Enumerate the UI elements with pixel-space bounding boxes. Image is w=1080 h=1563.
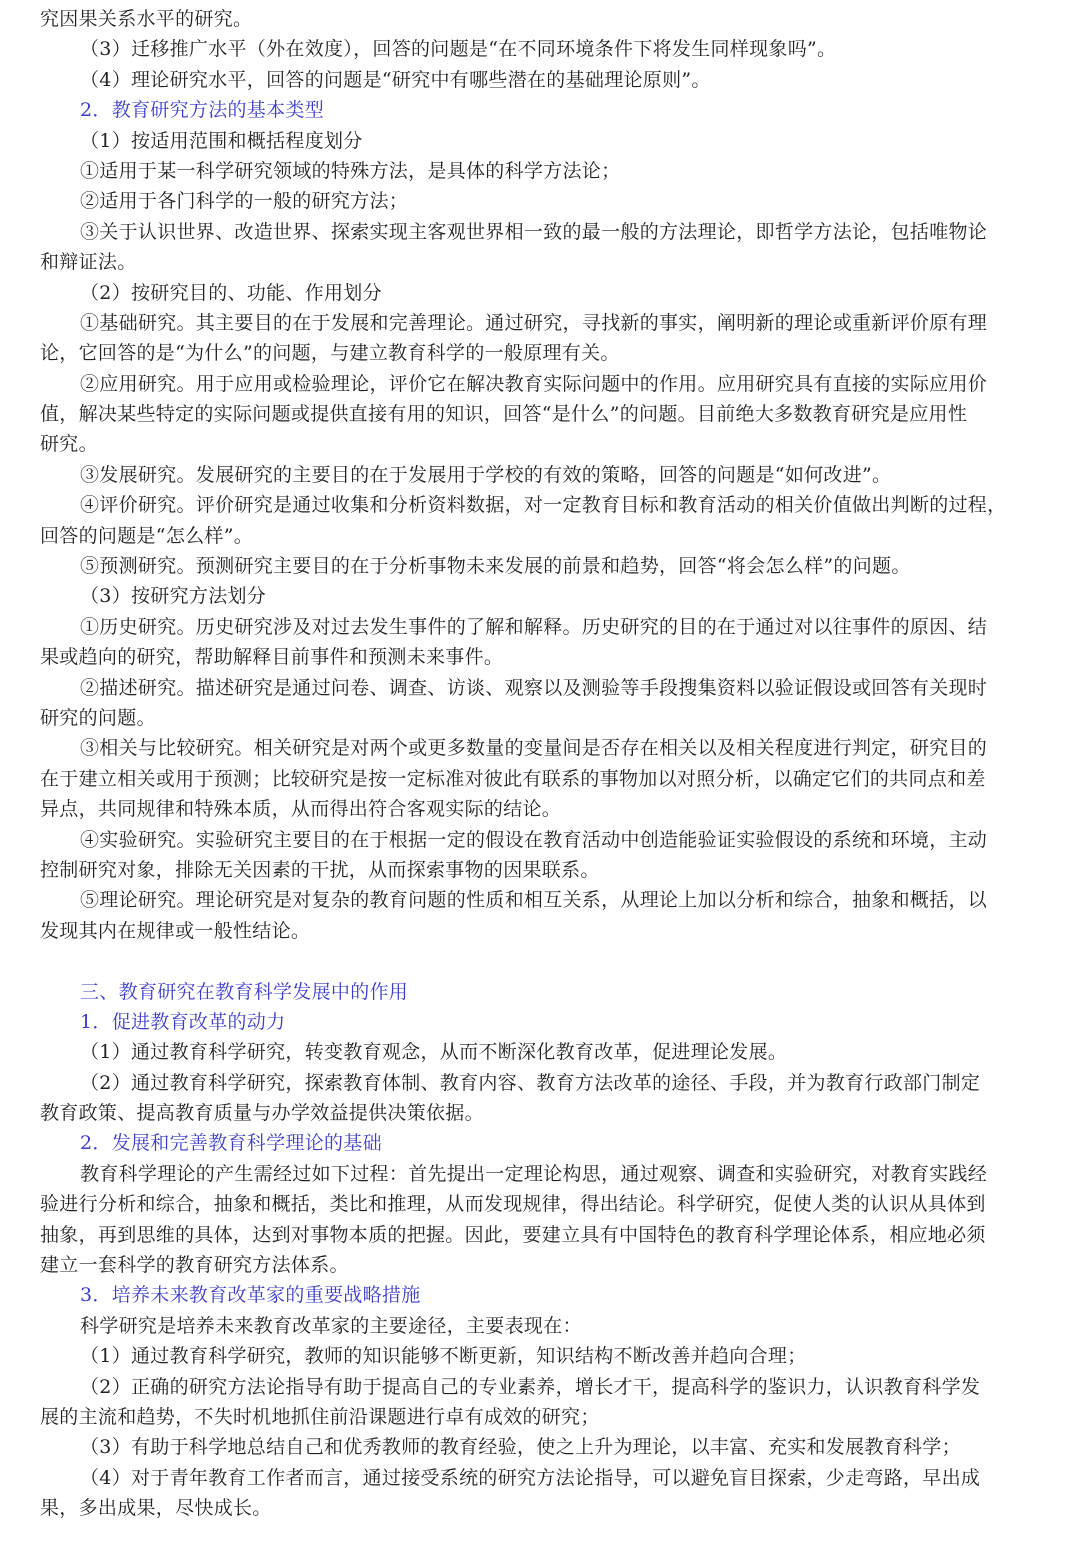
text-line: 在于建立相关或用于预测；比较研究是按一定标准对彼此有联系的事物加以对照分析，以确… [40,764,1032,794]
text-line: （3）迁移推广水平（外在效度），回答的问题是“在不同环境条件下将发生同样现象吗”… [40,34,1032,64]
section-heading: 三、教育研究在教育科学发展中的作用 [40,977,1032,1007]
text-line: 异点，共同规律和特殊本质，从而得出符合客观实际的结论。 [40,794,1032,824]
text-line: （2）按研究目的、功能、作用划分 [40,278,1032,308]
text-line: ②适用于各门科学的一般的研究方法； [40,186,1032,216]
text-line: ④实验研究。实验研究主要目的在于根据一定的假设在教育活动中创造能验证实验假设的系… [40,825,1032,855]
text-line: 抽象，再到思维的具体，达到对事物本质的把握。因此，要建立具有中国特色的教育科学理… [40,1220,1032,1250]
section-heading: 1．促进教育改革的动力 [40,1007,1032,1037]
text-line: 建立一套科学的教育研究方法体系。 [40,1250,1032,1280]
text-line: ②应用研究。用于应用或检验理论，评价它在解决教育实际问题中的作用。应用研究具有直… [40,369,1032,399]
text-line: 论，它回答的是“为什么”的问题，与建立教育科学的一般原理有关。 [40,338,1032,368]
text-line: 科学研究是培养未来教育改革家的主要途径，主要表现在： [40,1311,1032,1341]
document-page: 究因果关系水平的研究。（3）迁移推广水平（外在效度），回答的问题是“在不同环境条… [0,0,1080,1524]
text-line: 发现其内在规律或一般性结论。 [40,916,1032,946]
text-line: （1）通过教育科学研究，教师的知识能够不断更新，知识结构不断改善并趋向合理； [40,1341,1032,1371]
text-line: 值，解决某些特定的实际问题或提供直接有用的知识，回答“是什么”的问题。目前绝大多… [40,399,1032,429]
text-line: （3）按研究方法划分 [40,581,1032,611]
text-line: （2）正确的研究方法论指导有助于提高自己的专业素养，增长才干，提高科学的鉴识力，… [40,1372,1032,1402]
text-line: 验进行分析和综合，抽象和概括，类比和推理，从而发现规律，得出结论。科学研究，促使… [40,1189,1032,1219]
text-line: 研究。 [40,429,1032,459]
text-line: ③相关与比较研究。相关研究是对两个或更多数量的变量间是否存在相关以及相关程度进行… [40,733,1032,763]
text-line: ①基础研究。其主要目的在于发展和完善理论。通过研究，寻找新的事实，阐明新的理论或… [40,308,1032,338]
text-line: ⑤预测研究。预测研究主要目的在于分析事物未来发展的前景和趋势，回答“将会怎么样”… [40,551,1032,581]
text-line: （4）对于青年教育工作者而言，通过接受系统的研究方法论指导，可以避免盲目探索，少… [40,1463,1032,1493]
text-line: 果，多出成果，尽快成长。 [40,1493,1032,1523]
text-line: ④评价研究。评价研究是通过收集和分析资料数据，对一定教育目标和教育活动的相关价值… [40,490,1032,520]
text-line: 回答的问题是“怎么样”。 [40,521,1032,551]
text-line: （1）通过教育科学研究，转变教育观念，从而不断深化教育改革，促进理论发展。 [40,1037,1032,1067]
text-line: 教育科学理论的产生需经过如下过程：首先提出一定理论构思，通过观察、调查和实验研究… [40,1159,1032,1189]
text-line: （2）通过教育科学研究，探索教育体制、教育内容、教育方法改革的途径、手段，并为教… [40,1068,1032,1098]
text-line: ①历史研究。历史研究涉及对过去发生事件的了解和解释。历史研究的目的在于通过对以往… [40,612,1032,642]
section-heading: 3．培养未来教育改革家的重要战略措施 [40,1280,1032,1310]
text-line: 展的主流和趋势，不失时机地抓住前沿课题进行卓有成效的研究； [40,1402,1032,1432]
section-heading: 2．发展和完善教育科学理论的基础 [40,1128,1032,1158]
text-line: 教育政策、提高教育质量与办学效益提供决策依据。 [40,1098,1032,1128]
text-line: （1）按适用范围和概括程度划分 [40,126,1032,156]
text-line: ③关于认识世界、改造世界、探索实现主客观世界相一致的最一般的方法理论，即哲学方法… [40,217,1032,247]
text-line: （3）有助于科学地总结自己和优秀教师的教育经验，使之上升为理论，以丰富、充实和发… [40,1432,1032,1462]
text-line: ⑤理论研究。理论研究是对复杂的教育问题的性质和相互关系，从理论上加以分析和综合，… [40,885,1032,915]
text-line: 和辩证法。 [40,247,1032,277]
text-line: （4）理论研究水平，回答的问题是“研究中有哪些潜在的基础理论原则”。 [40,65,1032,95]
text-line: 研究的问题。 [40,703,1032,733]
section-heading: 2．教育研究方法的基本类型 [40,95,1032,125]
text-line: ①适用于某一科学研究领域的特殊方法，是具体的科学方法论； [40,156,1032,186]
text-line: ②描述研究。描述研究是通过问卷、调查、访谈、观察以及测验等手段搜集资料以验证假设… [40,673,1032,703]
text-line: 究因果关系水平的研究。 [40,4,1032,34]
text-line: 控制研究对象，排除无关因素的干扰，从而探索事物的因果联系。 [40,855,1032,885]
text-line: 果或趋向的研究，帮助解释目前事件和预测未来事件。 [40,642,1032,672]
text-line: ③发展研究。发展研究的主要目的在于发展用于学校的有效的策略，回答的问题是“如何改… [40,460,1032,490]
section-spacer [40,946,1032,976]
